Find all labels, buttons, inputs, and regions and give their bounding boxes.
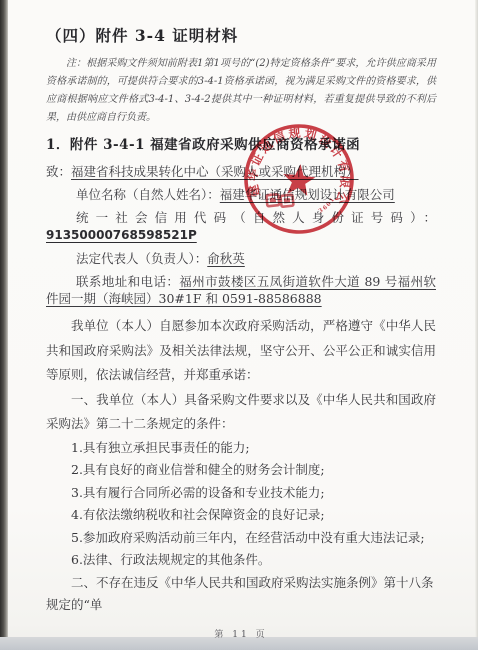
field-row-legal-representative: 法定代表人（负责人）：俞秋英 xyxy=(46,250,436,267)
field-value-legal-representative: 俞秋英 xyxy=(207,251,245,266)
field-row-address-phone: 联系地址和电话：福州市鼓楼区五凤街道软件大道 89 号福州软件园一期（海峡园）3… xyxy=(46,273,436,307)
pledge-paragraph: 我单位（本人）自愿参加本次政府采购活动，严格遵守《中华人民共和国政府采购法》及相… xyxy=(46,314,436,388)
field-label: 联系地址和电话： xyxy=(76,274,179,289)
field-label: 统一社会信用代码（自然人身份证号码）： xyxy=(76,210,436,225)
field-value-credit-code: 91350000768598521P xyxy=(46,228,197,242)
page-content: （四）附件 3-4 证明材料 注：根据采购文件须知前附表1第1项号的“(2)特定… xyxy=(46,24,436,640)
condition-item-3: 3.具有履行合同所必需的设备和专业技术能力; xyxy=(46,482,436,505)
scan-edge-left xyxy=(0,0,8,650)
subsection-title: 1．附件 3-4-1 福建省政府采购供应商资格承诺函 xyxy=(46,133,436,153)
recipient-line: 致：福建省科技成果转化中心（采购人或采购代理机构） xyxy=(46,163,436,180)
scanned-document-page: （四）附件 3-4 证明材料 注：根据采购文件须知前附表1第1项号的“(2)特定… xyxy=(0,0,478,650)
page-number: 第 11 页 xyxy=(46,627,436,640)
clause-two-paragraph: 二、不存在违反《中华人民共和国政府采购法实施条例》第十八条规定的“单 xyxy=(46,572,436,617)
field-label: 单位名称（自然人姓名）： xyxy=(76,187,220,202)
field-row-credit-code: 统一社会信用代码（自然人身份证号码）：91350000768598521P xyxy=(46,209,436,244)
condition-item-1: 1.具有独立承担民事责任的能力; xyxy=(46,437,436,460)
condition-item-5: 5.参加政府采购活动前三年内，在经营活动中没有重大违法记录; xyxy=(46,527,436,550)
recipient-value: 福建省科技成果转化中心（采购人或采购代理机构） xyxy=(71,164,359,179)
field-label: 法定代表人（负责人）： xyxy=(76,251,207,266)
recipient-label: 致： xyxy=(46,164,71,179)
clause-one-heading: 一、我单位（本人）具备采购文件要求以及《中华人民共和国政府采购法》第二十二条规定… xyxy=(46,388,436,437)
field-row-company: 单位名称（自然人姓名）：福建华证通信规划设计有限公司 xyxy=(46,186,436,203)
condition-item-6: 6.法律、行政法规规定的其他条件。 xyxy=(46,549,436,572)
note-text: 注：根据采购文件须知前附表1第1项号的“(2)特定资格条件”要求，允许供应商采用… xyxy=(46,55,436,127)
condition-item-2: 2.具有良好的商业信誉和健全的财务会计制度; xyxy=(46,459,436,482)
field-value-company: 福建华证通信规划设计有限公司 xyxy=(220,187,395,202)
section-title: （四）附件 3-4 证明材料 xyxy=(46,24,436,46)
condition-item-4: 4.有依法缴纳税收和社会保障资金的良好记录; xyxy=(46,504,436,527)
